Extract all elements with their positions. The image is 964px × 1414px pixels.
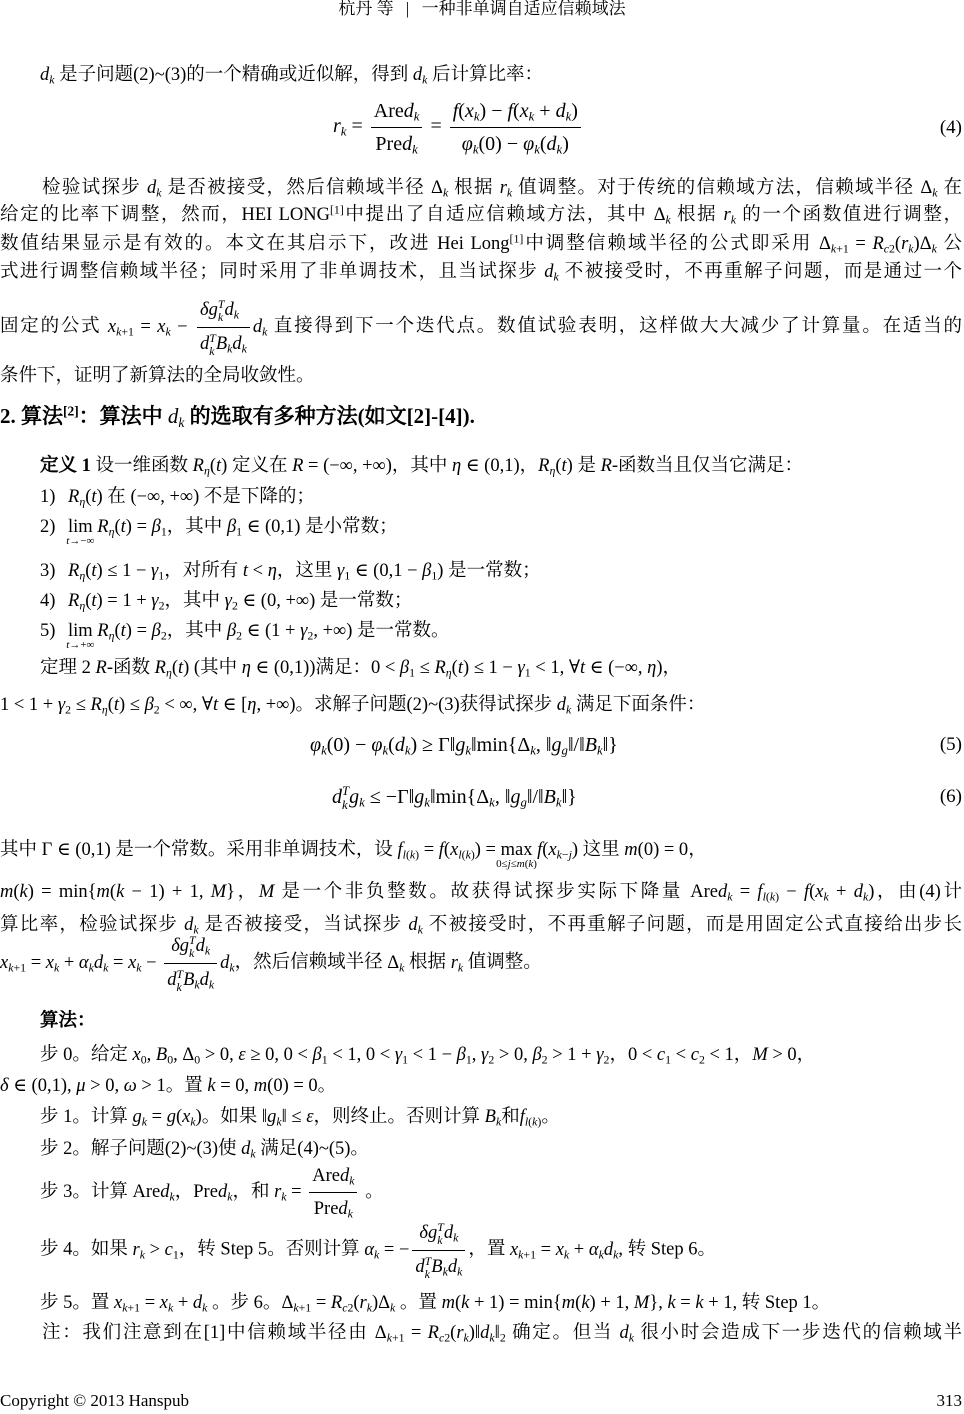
condition-number: 3) <box>40 559 68 583</box>
condition-text: limt→+∞ Rη(t) = β2，其中 β2 ∈ (1 + γ2, +∞) … <box>68 621 450 641</box>
paragraph-line: 数值结果显示是有效的。本文在其启示下，改进 Hei Long[1]中调整信赖域半… <box>0 232 962 256</box>
math-expression: Aredk = fl(k) − f(xk + dk) <box>690 882 874 902</box>
math-expression: Δk <box>654 205 671 225</box>
math-expression: Δk <box>920 178 937 198</box>
math-expression: rk <box>451 953 463 973</box>
condition-number: 4) <box>40 589 68 613</box>
fraction: δgTkdkdTkBkdk <box>412 1220 465 1281</box>
math-expression: φk(0) − φk(dk) ≥ Γ‖gk‖min{Δk, ‖gg‖/‖Bk‖} <box>310 734 618 756</box>
condition-number: 2) <box>40 515 68 539</box>
math-expression: Rη(t) <box>538 456 573 476</box>
equation-number-5: (5) <box>940 733 962 757</box>
math-expression: dk <box>147 178 162 198</box>
math-expression: xk+1 = xk + αkdk <box>510 1240 618 1260</box>
math-expression: Predk <box>193 1182 232 1202</box>
limit-operator: limt→+∞ <box>68 619 93 643</box>
condition-number: 5) <box>40 619 68 643</box>
math-expression: 1 < 1 + γ2 ≤ Rη(t) ≤ β2 < ∞, ∀t ∈ [η, +∞… <box>0 695 296 715</box>
math-expression: dk <box>408 915 423 935</box>
math-expression: Δk+1 = Rc2(rk)‖dk‖2 <box>375 1323 506 1343</box>
math-expression: gk = g(xk) <box>133 1107 202 1127</box>
math-expression: m(k + 1) = min{m(k) + 1, M}, k = k + 1 <box>442 1293 733 1313</box>
math-expression: R <box>601 456 612 476</box>
theorem-line: 定理 2 R-函数 Rη(t) (其中 η ∈ (0,1))满足：0 < β1 … <box>40 656 681 680</box>
definition-label: 定义 1 <box>40 456 91 476</box>
copyright-footer: Copyright © 2013 Hanspub <box>0 1390 189 1412</box>
math-expression: (−∞, +∞) <box>130 487 199 507</box>
math-expression: Rη(t) ≤ 1 − γ1 <box>68 561 164 581</box>
math-expression: dk <box>413 65 428 85</box>
math-expression: xk+1 = xk + dk <box>114 1293 207 1313</box>
math-expression: rk = AredkPredk <box>274 1182 360 1202</box>
math-expression: M <box>259 882 274 902</box>
fraction: AredkPredk <box>371 98 423 157</box>
running-header: 杭丹 等 | 一种非单调自适应信赖域法 <box>0 0 964 18</box>
theorem-line: 1 < 1 + γ2 ≤ Rη(t) ≤ β2 < ∞, ∀t ∈ [η, +∞… <box>0 693 705 717</box>
math-expression: η ∈ (0,1) <box>452 456 520 476</box>
equation-4: rk = AredkPredk = f(xk) − f(xk + dk)φk(0… <box>333 98 584 157</box>
equation-number-4: (4) <box>940 116 962 140</box>
paragraph-line: m(k) = min{m(k − 1) + 1, M}，M 是一个非负整数。故获… <box>0 880 962 904</box>
header-title: 一种非单调自适应信赖域法 <box>422 0 626 18</box>
math-expression: dTkgk ≤ −Γ‖gk‖min{Δk, ‖gg‖/‖Bk‖} <box>332 786 577 808</box>
note-line: 注：我们注意到在[1]中信赖域半径由 Δk+1 = Rc2(rk)‖dk‖2 确… <box>42 1321 962 1345</box>
math-expression: γ2 ∈ (0, +∞) <box>225 591 316 611</box>
math-expression: R <box>96 658 107 678</box>
equation-number-6: (6) <box>940 785 962 809</box>
math-expression: 0 < c1 < c2 < 1 <box>628 1045 734 1065</box>
definition-condition: 4)Rη(t) = 1 + γ2，其中 γ2 ∈ (0, +∞) 是一常数； <box>40 589 412 613</box>
math-expression: αk = −δgTkdkdTkBkdk <box>364 1240 468 1260</box>
paragraph-line: 给定的比率下调整，然而，HEI LONG[1]中提出了自适应信赖域方法，其中 Δ… <box>0 203 962 227</box>
math-expression: δ ∈ (0,1), μ > 0, ω > 1 <box>0 1076 166 1096</box>
math-expression: [2] <box>63 404 79 428</box>
math-expression: [1] <box>510 234 524 254</box>
math-expression: rk = AredkPredk = f(xk) − f(xk + dk)φk(0… <box>333 115 584 137</box>
math-expression: t < η <box>243 561 277 581</box>
math-expression: Rη(t) <box>68 487 103 507</box>
math-expression: fl(k) <box>520 1107 542 1127</box>
math-expression: Δk+1 = Rc2(rk)Δk <box>281 1293 395 1313</box>
intro-line: dk 是子问题(2)~(3)的一个精确或近似解，得到 dk 后计算比率： <box>40 63 543 87</box>
paragraph-line: 其中 Γ ∈ (0,1) 是一个常数。采用非单调技术，设 fl(k) = f(x… <box>0 838 707 862</box>
math-expression: Rη(t) <box>193 456 228 476</box>
paragraph-line: xk+1 = xk + αkdk = xk − δgTkdkdTkBkdkdk，… <box>0 933 542 994</box>
paragraph-line: 固定的公式 xk+1 = xk − δgTkdkdTkBkdkdk 直接得到下一… <box>0 297 962 358</box>
math-expression: Bk <box>485 1107 502 1127</box>
math-expression: dk <box>619 1323 634 1343</box>
math-expression: rk <box>500 178 512 198</box>
math-expression: η ∈ (0,1) <box>242 658 310 678</box>
header-separator: | <box>406 0 409 18</box>
math-expression: M > 0 <box>752 1045 796 1065</box>
math-expression: R = (−∞, +∞) <box>292 456 392 476</box>
limit-operator: limt→−∞ <box>68 515 93 539</box>
fraction: δgTkdkdTkBkdk <box>197 297 250 358</box>
math-expression: ‖gk‖ ≤ ε <box>262 1107 314 1127</box>
definition-text: 设一维函数 Rη(t) 定义在 R = (−∞, +∞)，其中 η ∈ (0,1… <box>96 456 804 476</box>
definition-condition: 2)limt→−∞ Rη(t) = β1，其中 β1 ∈ (0,1) 是小常数； <box>40 515 398 539</box>
algorithm-step-0-continued: δ ∈ (0,1), μ > 0, ω > 1。置 k = 0, m(0) = … <box>0 1074 336 1098</box>
math-expression: rk <box>723 205 735 225</box>
math-expression: Δk <box>387 953 404 973</box>
math-expression: [1] <box>330 205 344 225</box>
condition-number: 1) <box>40 485 68 509</box>
algorithm-step-1: 步 1。计算 gk = g(xk)。如果 ‖gk‖ ≤ ε，则终止。否则计算 B… <box>40 1105 560 1129</box>
condition-text: Rη(t) ≤ 1 − γ1，对所有 t < η，这里 γ1 ∈ (0,1 − … <box>68 561 541 581</box>
definition-condition: 5)limt→+∞ Rη(t) = β2，其中 β2 ∈ (1 + γ2, +∞… <box>40 619 450 643</box>
fraction: f(xk) − f(xk + dk)φk(0) − φk(dk) <box>450 98 581 157</box>
definition-condition: 3)Rη(t) ≤ 1 − γ1，对所有 t < η，这里 γ1 ∈ (0,1 … <box>40 559 541 583</box>
definition-1: 定义 1 设一维函数 Rη(t) 定义在 R = (−∞, +∞)，其中 η ∈… <box>40 454 803 478</box>
math-expression: limt→+∞ Rη(t) = β2 <box>68 621 167 641</box>
definition-condition: 1)Rη(t) 在 (−∞, +∞) 不是下降的； <box>40 485 315 509</box>
math-expression: dk <box>168 404 184 428</box>
math-expression: xk+1 = xk + αkdk = xk − δgTkdkdTkBkdkdk <box>0 953 235 973</box>
fraction: AredkPredk <box>309 1163 357 1222</box>
math-expression: 0 < β1 ≤ Rη(t) ≤ 1 − γ1 < 1, ∀t ∈ (−∞, η… <box>371 658 663 678</box>
math-expression: β1 ∈ (0,1) <box>227 517 301 537</box>
header-authors: 杭丹 等 <box>338 0 393 18</box>
paragraph-line: 条件下，证明了新算法的全局收敛性。 <box>0 364 315 388</box>
math-expression: x0, B0, Δ0 > 0, ε ≥ 0, 0 < β1 < 1, 0 < γ… <box>133 1045 610 1065</box>
math-expression: β2 ∈ (1 + γ2, +∞) <box>227 621 352 641</box>
fraction: δgTkdkdTkBkdk <box>164 933 217 994</box>
math-expression: m(0) = 0 <box>624 840 688 860</box>
math-expression: m(k) = min{m(k − 1) + 1, M} <box>0 882 235 902</box>
math-expression: fl(k) = f(xl(k)) = max0≤j≤m(k) f(xk−j) <box>398 840 579 860</box>
equation-6: dTkgk ≤ −Γ‖gk‖min{Δk, ‖gg‖/‖Bk‖} <box>332 784 577 812</box>
algorithm-step-2: 步 2。解子问题(2)~(3)使 dk 满足(4)~(5)。 <box>40 1137 369 1161</box>
condition-text: limt→−∞ Rη(t) = β1，其中 β1 ∈ (0,1) 是小常数； <box>68 517 398 537</box>
algorithm-step-3: 步 3。计算 Aredk，Predk，和 rk = AredkPredk 。 <box>40 1163 384 1222</box>
math-expression: Rη(t) = 1 + γ2 <box>68 591 165 611</box>
condition-text: Rη(t) 在 (−∞, +∞) 不是下降的； <box>68 487 315 507</box>
math-expression: Rη(t) <box>155 658 190 678</box>
math-expression: Δk <box>431 178 448 198</box>
math-expression: Aredk <box>133 1182 175 1202</box>
math-expression: k = 0, m(0) = 0 <box>207 1076 317 1096</box>
math-expression: dk <box>544 262 559 282</box>
condition-text: Rη(t) = 1 + γ2，其中 γ2 ∈ (0, +∞) 是一常数； <box>68 591 412 611</box>
math-expression: rk > c1 <box>133 1240 179 1260</box>
math-expression: Γ ∈ (0,1) <box>42 840 111 860</box>
math-expression: dk <box>557 695 572 715</box>
limit-operator: max0≤j≤m(k) <box>501 838 533 862</box>
algorithm-step-0: 步 0。给定 x0, B0, Δ0 > 0, ε ≥ 0, 0 < β1 < 1… <box>40 1043 815 1067</box>
math-expression: Δk+1 = Rc2(rk)Δk <box>819 234 937 254</box>
math-expression: limt→−∞ Rη(t) = β1 <box>68 517 167 537</box>
algorithm-step-4: 步 4。如果 rk > c1，转 Step 5。否则计算 αk = −δgTkd… <box>40 1220 716 1281</box>
equation-5: φk(0) − φk(dk) ≥ Γ‖gk‖min{Δk, ‖gg‖/‖Bk‖} <box>310 733 618 757</box>
algorithm-title: 算法： <box>40 1009 96 1033</box>
algorithm-step-5-6: 步 5。置 xk+1 = xk + dk 。步 6。Δk+1 = Rc2(rk)… <box>40 1291 830 1315</box>
paragraph-line: 检验试探步 dk 是否被接受，然后信赖域半径 Δk 根据 rk 值调整。对于传统… <box>42 176 962 200</box>
math-expression: xk+1 = xk − δgTkdkdTkBkdkdk <box>108 317 268 337</box>
math-expression: γ1 ∈ (0,1 − β1) <box>337 561 443 581</box>
paragraph-line: 式进行调整信赖域半径；同时采用了非单调技术，且当试探步 dk 不被接受时，不再重… <box>0 260 962 284</box>
math-expression: dk <box>241 1139 256 1159</box>
section-heading: 2. 算法[2]：算法中 dk 的选取有多种方法(如文[2]-[4]). <box>0 403 475 429</box>
page-number: 313 <box>937 1390 963 1412</box>
math-expression: dk <box>40 65 55 85</box>
